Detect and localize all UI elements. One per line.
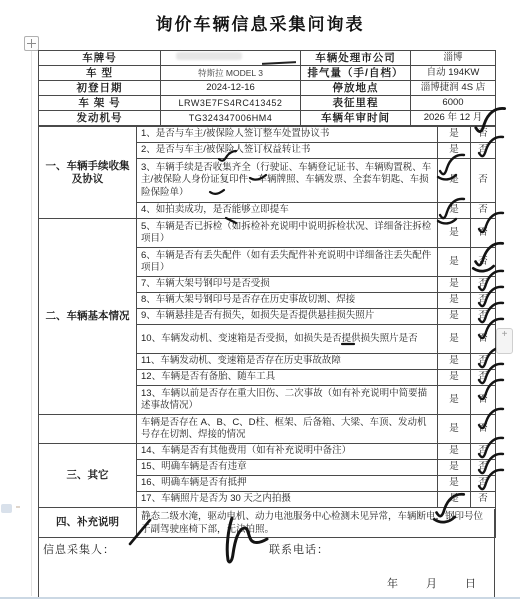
day-label: 日 xyxy=(465,575,476,591)
question-text: 9、车辆悬挂是否有损失，如损失是否提供悬挂损失照片 xyxy=(137,309,438,325)
header-field-value: TG324347006HM4 xyxy=(161,111,301,126)
answer-yes-cell[interactable]: 是 xyxy=(438,460,471,476)
question-row: 一、车辆手续收集及协议1、是否与车主/被保险人签订整车处置协议书是否 xyxy=(39,127,496,143)
header-field-label: 表征里程 xyxy=(301,96,411,111)
vehicle-info-header-table: 车牌号车辆处理市公司淄博车 型特斯拉 MODEL 3排气量（手/自档）自动 19… xyxy=(38,50,496,126)
answer-yes-cell[interactable]: 是 xyxy=(438,143,471,159)
answer-yes-cell[interactable]: 是 xyxy=(438,203,471,219)
header-field-label: 车辆处理市公司 xyxy=(301,51,411,66)
header-field-label: 车辆年审时间 xyxy=(301,111,411,126)
table-move-handle-icon[interactable] xyxy=(24,36,39,51)
header-field-value: LRW3E7FS4RC413452 xyxy=(161,96,301,111)
header-row: 初登日期2024-12-16停放地点淄博捷润 4S 店 xyxy=(39,81,496,96)
question-text: 3、车辆手续是否收集齐全（行驶证、车辆登记证书、车辆购置税、车主/被保险人身份证… xyxy=(137,159,438,203)
answer-yes-cell[interactable]: 是 xyxy=(438,386,471,415)
question-text: 12、车辆是否有备胎、随车工具 xyxy=(137,370,438,386)
answer-yes-cell[interactable]: 是 xyxy=(438,293,471,309)
answer-no-cell[interactable]: 否 xyxy=(471,492,496,508)
answer-no-cell[interactable]: 否 xyxy=(471,444,496,460)
header-field-label: 初登日期 xyxy=(39,81,161,96)
license-plate-redaction-smudge xyxy=(176,52,242,60)
table-quick-add-button[interactable]: + xyxy=(496,328,513,354)
header-field-value: 淄博捷润 4S 店 xyxy=(411,81,496,96)
footer-box: 信息采集人： 联系电话： 年 月 日 xyxy=(38,509,495,597)
plus-icon: + xyxy=(502,329,508,340)
answer-yes-cell[interactable]: 是 xyxy=(438,444,471,460)
move-handle-cross-v xyxy=(31,39,32,48)
answer-no-cell[interactable]: 否 xyxy=(471,293,496,309)
page-bottom-edge xyxy=(0,597,520,599)
question-text: 4、如拍卖成功，是否能够立即提车 xyxy=(137,203,438,219)
answer-yes-cell[interactable]: 是 xyxy=(438,476,471,492)
answer-no-cell[interactable]: 否 xyxy=(471,370,496,386)
question-text: 7、车辆大架号钢印号是否受损 xyxy=(137,277,438,293)
question-text: 6、车辆是否有丢失配件（如有丢失配件补充说明中详细备注丢失配件项目） xyxy=(137,248,438,277)
answer-no-cell[interactable]: 否 xyxy=(471,277,496,293)
question-row: 车辆是否存在 A、B、C、D柱、框架、后备箱、大梁、车顶、发动机号存在切割、焊接… xyxy=(39,415,496,444)
header-field-label: 车 架 号 xyxy=(39,96,161,111)
header-field-label: 发动机号 xyxy=(39,111,161,126)
question-text: 11、车辆发动机、变速箱是否存在历史事故故障 xyxy=(137,354,438,370)
answer-yes-cell[interactable]: 是 xyxy=(438,325,471,354)
header-row: 车 架 号LRW3E7FS4RC413452表征里程6000 xyxy=(39,96,496,111)
header-row: 发动机号TG324347006HM4车辆年审时间2026 年 12 月 xyxy=(39,111,496,126)
date-line: 年 月 日 xyxy=(387,575,476,591)
question-table-body: 一、车辆手续收集及协议1、是否与车主/被保险人签订整车处置协议书是否2、是否与车… xyxy=(39,127,496,538)
section-label: 三、其它 xyxy=(39,444,137,508)
answer-no-cell[interactable]: 否 xyxy=(471,203,496,219)
header-field-label: 停放地点 xyxy=(301,81,411,96)
page-title: 询价车辆信息采集问询表 xyxy=(0,10,520,35)
question-text: 16、明确车辆是否有抵押 xyxy=(137,476,438,492)
answer-no-cell[interactable]: 否 xyxy=(471,476,496,492)
question-text: 2、是否与车主/被保险人签订权益转让书 xyxy=(137,143,438,159)
question-text: 车辆是否存在 A、B、C、D柱、框架、后备箱、大梁、车顶、发动机号存在切割、焊接… xyxy=(137,415,438,444)
answer-yes-cell[interactable]: 是 xyxy=(438,277,471,293)
question-text: 17、车辆照片是否为 30 天之内拍摄 xyxy=(137,492,438,508)
answer-yes-cell[interactable]: 是 xyxy=(438,159,471,203)
section-label: 二、车辆基本情况 xyxy=(39,219,137,415)
answer-no-cell[interactable]: 否 xyxy=(471,248,496,277)
header-field-value: 2024-12-16 xyxy=(161,81,301,96)
answer-yes-cell[interactable]: 是 xyxy=(438,309,471,325)
header-field-label: 排气量（手/自档） xyxy=(301,66,411,81)
watermark-dash xyxy=(16,506,20,508)
watermark-dot xyxy=(1,504,12,513)
year-label: 年 xyxy=(387,575,398,591)
question-text: 15、明确车辆是否有违章 xyxy=(137,460,438,476)
answer-no-cell[interactable]: 否 xyxy=(471,219,496,248)
question-table: 一、车辆手续收集及协议1、是否与车主/被保险人签订整车处置协议书是否2、是否与车… xyxy=(38,126,496,538)
answer-no-cell[interactable]: 否 xyxy=(471,143,496,159)
question-row: 二、车辆基本情况5、车辆是否已拆检（如拆检补充说明中说明拆检状况、详细备注拆检项… xyxy=(39,219,496,248)
answer-yes-cell[interactable]: 是 xyxy=(438,492,471,508)
answer-no-cell[interactable]: 否 xyxy=(471,386,496,415)
answer-no-cell[interactable]: 否 xyxy=(471,415,496,444)
answer-yes-cell[interactable]: 是 xyxy=(438,354,471,370)
question-text: 8、车辆大架号钢印号是否存在历史事故切割、焊接 xyxy=(137,293,438,309)
collector-label: 信息采集人： xyxy=(43,541,115,557)
answer-no-cell[interactable]: 否 xyxy=(471,354,496,370)
header-field-label: 车牌号 xyxy=(39,51,161,66)
header-field-label: 车 型 xyxy=(39,66,161,81)
page-edge-line xyxy=(31,36,32,596)
month-label: 月 xyxy=(426,575,437,591)
question-text: 10、车辆发动机、变速箱是否受损，如损失是否提供损失照片是否 xyxy=(137,325,438,354)
answer-yes-cell[interactable]: 是 xyxy=(438,248,471,277)
question-text: 1、是否与车主/被保险人签订整车处置协议书 xyxy=(137,127,438,143)
phone-label: 联系电话： xyxy=(269,541,329,557)
question-text: 13、车辆以前是否存在重大旧伤、二次事故（如有补充说明中简要描述事故情况） xyxy=(137,386,438,415)
answer-no-cell[interactable]: 否 xyxy=(471,460,496,476)
answer-yes-cell[interactable]: 是 xyxy=(438,415,471,444)
answer-yes-cell[interactable]: 是 xyxy=(438,127,471,143)
header-field-value: 特斯拉 MODEL 3 xyxy=(161,66,301,81)
header-row: 车 型特斯拉 MODEL 3排气量（手/自档）自动 194KW xyxy=(39,66,496,81)
answer-no-cell[interactable]: 否 xyxy=(471,159,496,203)
section-label: 一、车辆手续收集及协议 xyxy=(39,127,137,219)
answer-no-cell[interactable]: 否 xyxy=(471,325,496,354)
answer-no-cell[interactable]: 否 xyxy=(471,127,496,143)
answer-yes-cell[interactable]: 是 xyxy=(438,219,471,248)
question-row: 三、其它14、车辆是否有其他费用（如有补充说明中备注）是否 xyxy=(39,444,496,460)
header-field-value: 6000 xyxy=(411,96,496,111)
header-field-value: 2026 年 12 月 xyxy=(411,111,496,126)
section-label xyxy=(39,415,137,444)
header-field-value: 自动 194KW xyxy=(411,66,496,81)
header-field-value: 淄博 xyxy=(411,51,496,66)
question-text: 14、车辆是否有其他费用（如有补充说明中备注） xyxy=(137,444,438,460)
answer-no-cell[interactable]: 否 xyxy=(471,309,496,325)
answer-yes-cell[interactable]: 是 xyxy=(438,370,471,386)
question-text: 5、车辆是否已拆检（如拆检补充说明中说明拆检状况、详细备注拆检项目） xyxy=(137,219,438,248)
